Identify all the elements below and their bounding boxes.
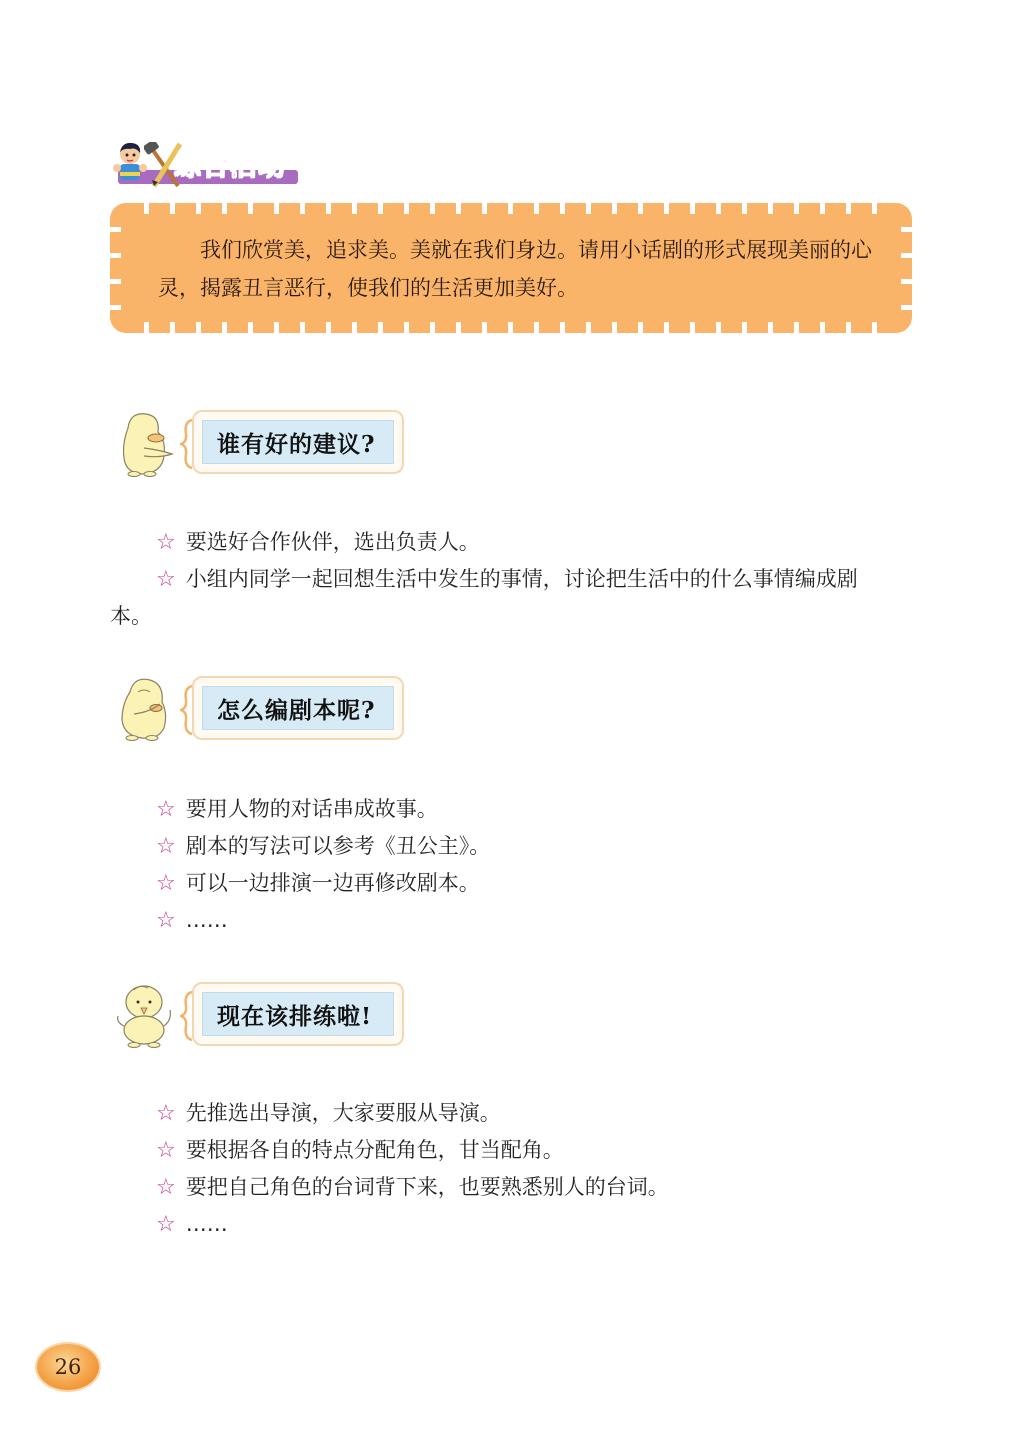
section-heading-rehearsal: 现在该排练啦! bbox=[110, 980, 410, 1052]
list-item: ☆小组内同学一起回想生活中发生的事情，讨论把生活中的什么事情编成剧本。 bbox=[110, 561, 890, 635]
list-item: ☆要选好合作伙伴，选出负责人。 bbox=[110, 524, 890, 561]
list-item: ☆要把自己角色的台词背下来，也要熟悉别人的台词。 bbox=[110, 1169, 890, 1206]
chick-waving-icon bbox=[114, 980, 176, 1050]
suggestions-list: ☆要选好合作伙伴，选出负责人。 ☆小组内同学一起回想生活中发生的事情，讨论把生活… bbox=[110, 524, 890, 635]
star-icon: ☆ bbox=[156, 1132, 176, 1169]
star-icon: ☆ bbox=[156, 1169, 176, 1206]
heading-bubble: 现在该排练啦! bbox=[192, 982, 404, 1046]
notch-border-right bbox=[901, 227, 912, 313]
heading-bubble: 怎么编剧本呢? bbox=[192, 676, 404, 740]
intro-box: 我们欣赏美，追求美。美就在我们身边。请用小话剧的形式展现美丽的心灵，揭露丑言恶行… bbox=[110, 203, 912, 333]
section-heading-text: 现在该排练啦! bbox=[217, 998, 372, 1031]
section-heading-text: 谁有好的建议? bbox=[217, 426, 375, 459]
activity-badge: 综合活动 bbox=[108, 140, 298, 188]
list-item: ☆先推选出导演，大家要服从导演。 bbox=[110, 1095, 890, 1132]
intro-text: 我们欣赏美，追求美。美就在我们身边。请用小话剧的形式展现美丽的心灵，揭露丑言恶行… bbox=[158, 231, 888, 307]
list-item: ☆可以一边排演一边再修改剧本。 bbox=[110, 865, 890, 902]
list-item: ☆…… bbox=[110, 1206, 890, 1243]
list-item: ☆剧本的写法可以参考《丑公主》。 bbox=[110, 828, 890, 865]
page-number: 26 bbox=[55, 1355, 82, 1379]
heading-bubble: 谁有好的建议? bbox=[192, 410, 404, 474]
chick-pointing-icon bbox=[114, 408, 176, 478]
star-icon: ☆ bbox=[156, 865, 176, 902]
star-icon: ☆ bbox=[156, 1206, 176, 1243]
list-item: ☆要根据各自的特点分配角色，甘当配角。 bbox=[110, 1132, 890, 1169]
notch-border-top bbox=[144, 203, 888, 214]
star-icon: ☆ bbox=[156, 561, 176, 598]
section-heading-text: 怎么编剧本呢? bbox=[217, 692, 375, 725]
star-icon: ☆ bbox=[156, 902, 176, 939]
page-number-badge: 26 bbox=[37, 1344, 99, 1390]
badge-title: 综合活动 bbox=[174, 144, 286, 183]
kid-icon bbox=[110, 140, 148, 186]
rehearsal-list: ☆先推选出导演，大家要服从导演。 ☆要根据各自的特点分配角色，甘当配角。 ☆要把… bbox=[110, 1095, 890, 1243]
section-heading-suggestions: 谁有好的建议? bbox=[110, 408, 410, 480]
script-writing-list: ☆要用人物的对话串成故事。 ☆剧本的写法可以参考《丑公主》。 ☆可以一边排演一边… bbox=[110, 791, 890, 939]
list-item: ☆…… bbox=[110, 902, 890, 939]
list-item: ☆要用人物的对话串成故事。 bbox=[110, 791, 890, 828]
chick-thinking-icon bbox=[114, 674, 176, 744]
notch-border-left bbox=[110, 227, 121, 313]
star-icon: ☆ bbox=[156, 524, 176, 561]
star-icon: ☆ bbox=[156, 791, 176, 828]
star-icon: ☆ bbox=[156, 828, 176, 865]
notch-border-bottom bbox=[144, 322, 888, 333]
section-heading-script-writing: 怎么编剧本呢? bbox=[110, 674, 410, 746]
star-icon: ☆ bbox=[156, 1095, 176, 1132]
